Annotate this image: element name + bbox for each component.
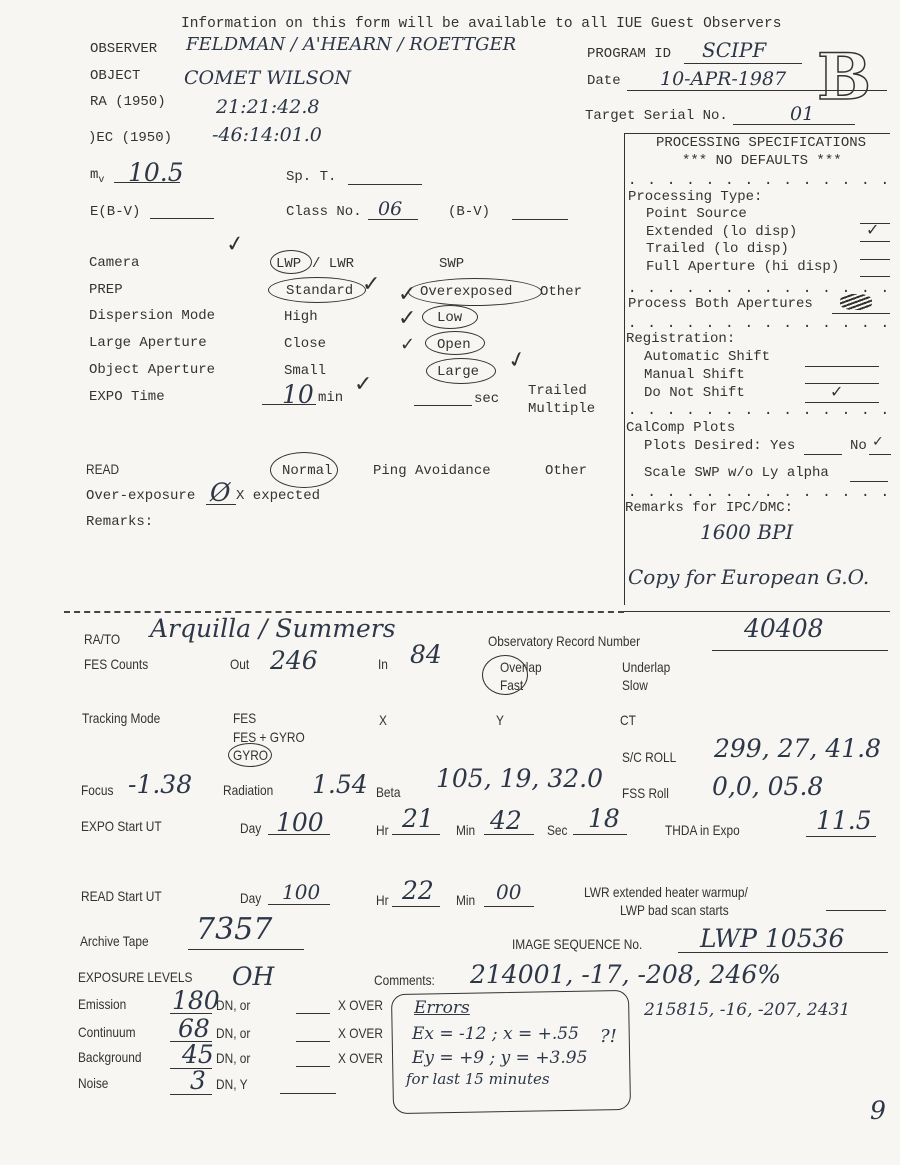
noise-dn-label: DN, Y [216, 1076, 248, 1092]
record-number-field[interactable]: 40408 [744, 614, 824, 643]
remarks-ipc-line2[interactable]: Copy for European G.O. [628, 565, 869, 589]
expo-time-sec-field[interactable] [414, 405, 472, 406]
errors-ey: Ey = +9 ; y = +3.95 [412, 1048, 587, 1068]
read-option-ping-avoidance[interactable]: Ping Avoidance [373, 463, 491, 479]
observer-field[interactable]: FELDMAN / A'HEARN / ROETTGER [186, 34, 516, 55]
plots-desired-no[interactable]: No [850, 438, 867, 454]
processing-title: PROCESSING SPECIFICATIONS [656, 135, 866, 151]
object-field[interactable]: COMET WILSON [184, 67, 351, 89]
background-over-label: X OVER [338, 1050, 383, 1066]
record-number-label: Observatory Record Number [488, 633, 640, 649]
checkmark-icon: ✓ [872, 434, 884, 450]
emission-dn-field[interactable]: 180 [172, 986, 220, 1015]
scale-swp-field[interactable] [850, 481, 888, 482]
thda-field[interactable]: 11.5 [816, 806, 872, 835]
type-extended[interactable]: Extended (lo disp) [646, 224, 797, 240]
calcomp-label: CalComp Plots [626, 420, 735, 436]
background-over-field[interactable] [296, 1066, 330, 1067]
tracking-mode-label: Tracking Mode [82, 710, 160, 726]
large-aperture-option-close[interactable]: Close [284, 336, 326, 352]
lwr-heater-label-2: LWP bad scan starts [620, 902, 729, 918]
fes-out-field[interactable]: 246 [270, 646, 318, 675]
program-id-field[interactable]: SCIPF [702, 38, 766, 62]
large-aperture-label: Large Aperture [89, 335, 207, 351]
page-number: 9 [870, 1096, 886, 1125]
registration-manual[interactable]: Manual Shift [644, 367, 745, 383]
expo-start-sec-label: Sec [547, 822, 568, 838]
observer-label: OBSERVER [90, 41, 157, 57]
noise-dn-field[interactable]: 3 [190, 1066, 206, 1095]
errors-note: ?! [600, 1026, 617, 1047]
expo-multiple-option[interactable]: Multiple [528, 401, 595, 417]
prep-label: PREP [89, 282, 123, 298]
form-notice: Information on this form will be availab… [181, 16, 781, 32]
fes-out-label: Out [230, 656, 249, 672]
remarks-ipc-line1[interactable]: 1600 BPI [700, 520, 793, 544]
overexposure-field[interactable]: Ø [210, 478, 231, 507]
beta-field[interactable]: 105, 19, 32.0 [436, 764, 603, 793]
divider-dots: ................ [628, 172, 900, 188]
continuum-dn-label: DN, or [216, 1025, 250, 1041]
emission-over-label: X OVER [338, 997, 383, 1013]
object-aperture-option-small[interactable]: Small [284, 363, 326, 379]
divider-dots: ................ [628, 402, 900, 418]
camera-option-swp[interactable]: SWP [439, 256, 464, 272]
target-serial-label: Target Serial No. [585, 108, 728, 124]
read-start-day-field[interactable]: 100 [282, 880, 320, 904]
read-start-min-field[interactable]: 00 [496, 880, 521, 904]
expo-time-min-field[interactable]: 10 [282, 380, 314, 409]
expo-time-min-unit: min [318, 390, 343, 406]
target-serial-field[interactable]: 01 [790, 103, 814, 125]
expo-time-sec-unit: sec [474, 391, 499, 407]
mv-field[interactable]: 10.5 [128, 158, 184, 187]
remarks-ipc-label: Remarks for IPC/DMC: [625, 500, 793, 516]
checkmark-icon: ✓ [400, 334, 415, 355]
archive-tape-label: Archive Tape [80, 933, 149, 949]
fss-roll-label: FSS Roll [622, 785, 669, 801]
sc-roll-label: S/C ROLL [622, 749, 676, 765]
tracking-ct-label: CT [620, 712, 636, 728]
process-both-apertures-field[interactable] [832, 313, 890, 314]
continuum-dn-field[interactable]: 68 [178, 1014, 210, 1043]
continuum-over-label: X OVER [338, 1025, 383, 1041]
comments-line2[interactable]: 215815, -16, -207, 2431 [644, 1000, 850, 1020]
image-sequence-label: IMAGE SEQUENCE No. [512, 936, 642, 952]
expo-start-sec-field[interactable]: 18 [588, 804, 620, 833]
expo-start-hr-label: Hr [376, 822, 389, 838]
processing-type-label: Processing Type: [628, 189, 762, 205]
option-underlap[interactable]: Underlap [622, 659, 670, 675]
background-dn-label: DN, or [216, 1050, 250, 1066]
class-no-field[interactable]: 06 [378, 198, 402, 220]
checkmark-icon: ✓ [830, 382, 843, 401]
registration-label: Registration: [626, 331, 735, 347]
emission-label: Emission [78, 996, 126, 1012]
errors-title: Errors [414, 998, 470, 1018]
expo-trailed-option[interactable]: Trailed [528, 383, 587, 399]
type-trailed-field[interactable] [860, 259, 890, 260]
fss-roll-field[interactable]: 0,0, 05.8 [712, 772, 823, 801]
radiation-field[interactable]: 1.54 [312, 770, 368, 799]
spt-label: Sp. T. [286, 169, 336, 185]
image-sequence-field[interactable]: LWP 10536 [700, 924, 844, 953]
continuum-label: Continuum [78, 1024, 136, 1040]
beta-label: Beta [376, 784, 400, 800]
expo-start-hr-field[interactable]: 21 [402, 804, 434, 833]
type-full-aperture-field[interactable] [860, 276, 890, 277]
rato-label: RA/TO [84, 631, 120, 647]
bv-label: (B-V) [448, 204, 490, 220]
divider-dots: ................ [628, 315, 900, 331]
object-aperture-label: Object Aperture [89, 362, 215, 378]
divider-dots: ................ [628, 484, 900, 500]
fes-in-label: In [378, 656, 388, 672]
option-slow[interactable]: Slow [622, 677, 648, 693]
plots-desired-yes[interactable]: Plots Desired: Yes [644, 438, 795, 454]
processing-subtitle: *** NO DEFAULTS *** [682, 153, 842, 169]
prep-option-other[interactable]: Other [540, 284, 582, 300]
comments-label: Comments: [374, 972, 435, 988]
read-start-label: READ Start UT [81, 888, 162, 904]
checkmark-icon: ✓ [866, 220, 879, 239]
checkmark-icon: ✓ [362, 272, 380, 297]
object-label: OBJECT [90, 68, 140, 84]
read-start-hr-field[interactable]: 22 [402, 876, 434, 905]
camera-option-lwr[interactable]: / LWR [312, 256, 354, 272]
mv-label: mv [90, 167, 104, 186]
noise-label: Noise [78, 1075, 108, 1091]
ebv-field[interactable] [150, 218, 214, 219]
exposure-levels-label: EXPOSURE LEVELS [78, 969, 192, 985]
type-full-aperture[interactable]: Full Aperture (hi disp) [646, 259, 839, 275]
thda-label: THDA in Expo [665, 822, 740, 838]
checkmark-icon: ✓ [505, 346, 529, 375]
expo-start-min-field[interactable]: 42 [490, 806, 522, 835]
type-extended-field[interactable] [860, 241, 890, 242]
ra-label: RA (1950) [90, 94, 166, 110]
expo-start-day-field[interactable]: 100 [276, 808, 324, 837]
logo-ornament: B [817, 40, 871, 115]
type-trailed[interactable]: Trailed (lo disp) [646, 241, 789, 257]
emission-over-field[interactable] [296, 1013, 330, 1014]
ra-field[interactable]: 21:21:42.8 [216, 96, 319, 118]
dispersion-option-high[interactable]: High [284, 309, 318, 325]
date-field[interactable]: 10-APR-1987 [660, 68, 786, 90]
read-option-other[interactable]: Other [545, 463, 587, 479]
errors-period: for last 15 minutes [406, 1070, 550, 1088]
overexposure-label: Over-exposure [86, 488, 195, 504]
fes-in-field[interactable]: 84 [410, 640, 442, 669]
date-label: Date [587, 73, 621, 89]
radiation-label: Radiation [223, 782, 273, 798]
background-dn-field[interactable]: 45 [182, 1040, 214, 1069]
type-point-source[interactable]: Point Source [646, 206, 747, 222]
read-start-hr-label: Hr [376, 892, 389, 908]
checkmark-icon: ✓ [398, 306, 416, 331]
selection-circle [270, 250, 312, 274]
comments-line1[interactable]: 214001, -17, -208, 246% [470, 960, 781, 989]
errors-ex: Ex = -12 ; x = +.55 [412, 1024, 579, 1044]
focus-label: Focus [81, 782, 113, 798]
camera-label: Camera [89, 255, 139, 271]
background-label: Background [78, 1049, 142, 1065]
scribble-mark [840, 294, 872, 310]
tracking-x-label: X [379, 712, 387, 728]
continuum-over-field[interactable] [296, 1041, 330, 1042]
focus-field[interactable]: -1.38 [128, 770, 192, 799]
dec-field[interactable]: -46:14:01.0 [212, 124, 322, 146]
dispersion-label: Dispersion Mode [89, 308, 215, 324]
remarks-label: Remarks: [86, 514, 153, 530]
exposure-annotation: OH [232, 962, 274, 991]
emission-dn-label: DN, or [216, 997, 250, 1013]
spt-field[interactable] [348, 184, 422, 185]
fes-counts-label: FES Counts [84, 656, 148, 672]
rato-field[interactable]: Arquilla / Summers [150, 614, 396, 643]
expo-start-min-label: Min [456, 822, 475, 838]
read-start-day-label: Day [240, 890, 261, 906]
lwr-heater-label-1: LWR extended heater warmup/ [584, 884, 748, 900]
expo-time-label: EXPO Time [89, 389, 165, 405]
checkmark-icon: ✓ [224, 231, 246, 258]
overexposure-suffix: X expected [236, 488, 320, 504]
lwr-heater-field[interactable] [826, 910, 886, 911]
process-both-apertures-label: Process Both Apertures [628, 296, 813, 312]
dec-label: )EC (1950) [88, 130, 172, 146]
registration-automatic[interactable]: Automatic Shift [644, 349, 770, 365]
noise-y-field[interactable] [280, 1093, 336, 1094]
read-start-min-label: Min [456, 892, 475, 908]
tracking-option-fes[interactable]: FES [233, 710, 256, 726]
scale-swp-label: Scale SWP w/o Ly alpha [644, 465, 829, 481]
sc-roll-field[interactable]: 299, 27, 41.8 [714, 734, 881, 763]
expo-start-label: EXPO Start UT [81, 818, 162, 834]
class-no-label: Class No. [286, 204, 362, 220]
read-label: READ [86, 461, 119, 477]
checkmark-icon: ✓ [354, 372, 372, 397]
bv-field[interactable] [512, 219, 568, 220]
archive-tape-field[interactable]: 7357 [196, 912, 272, 947]
registration-do-not-shift[interactable]: Do Not Shift [644, 385, 745, 401]
program-id-label: PROGRAM ID [587, 46, 671, 62]
tracking-y-label: Y [496, 712, 504, 728]
expo-start-day-label: Day [240, 820, 261, 836]
ebv-label: E(B-V) [90, 204, 140, 220]
